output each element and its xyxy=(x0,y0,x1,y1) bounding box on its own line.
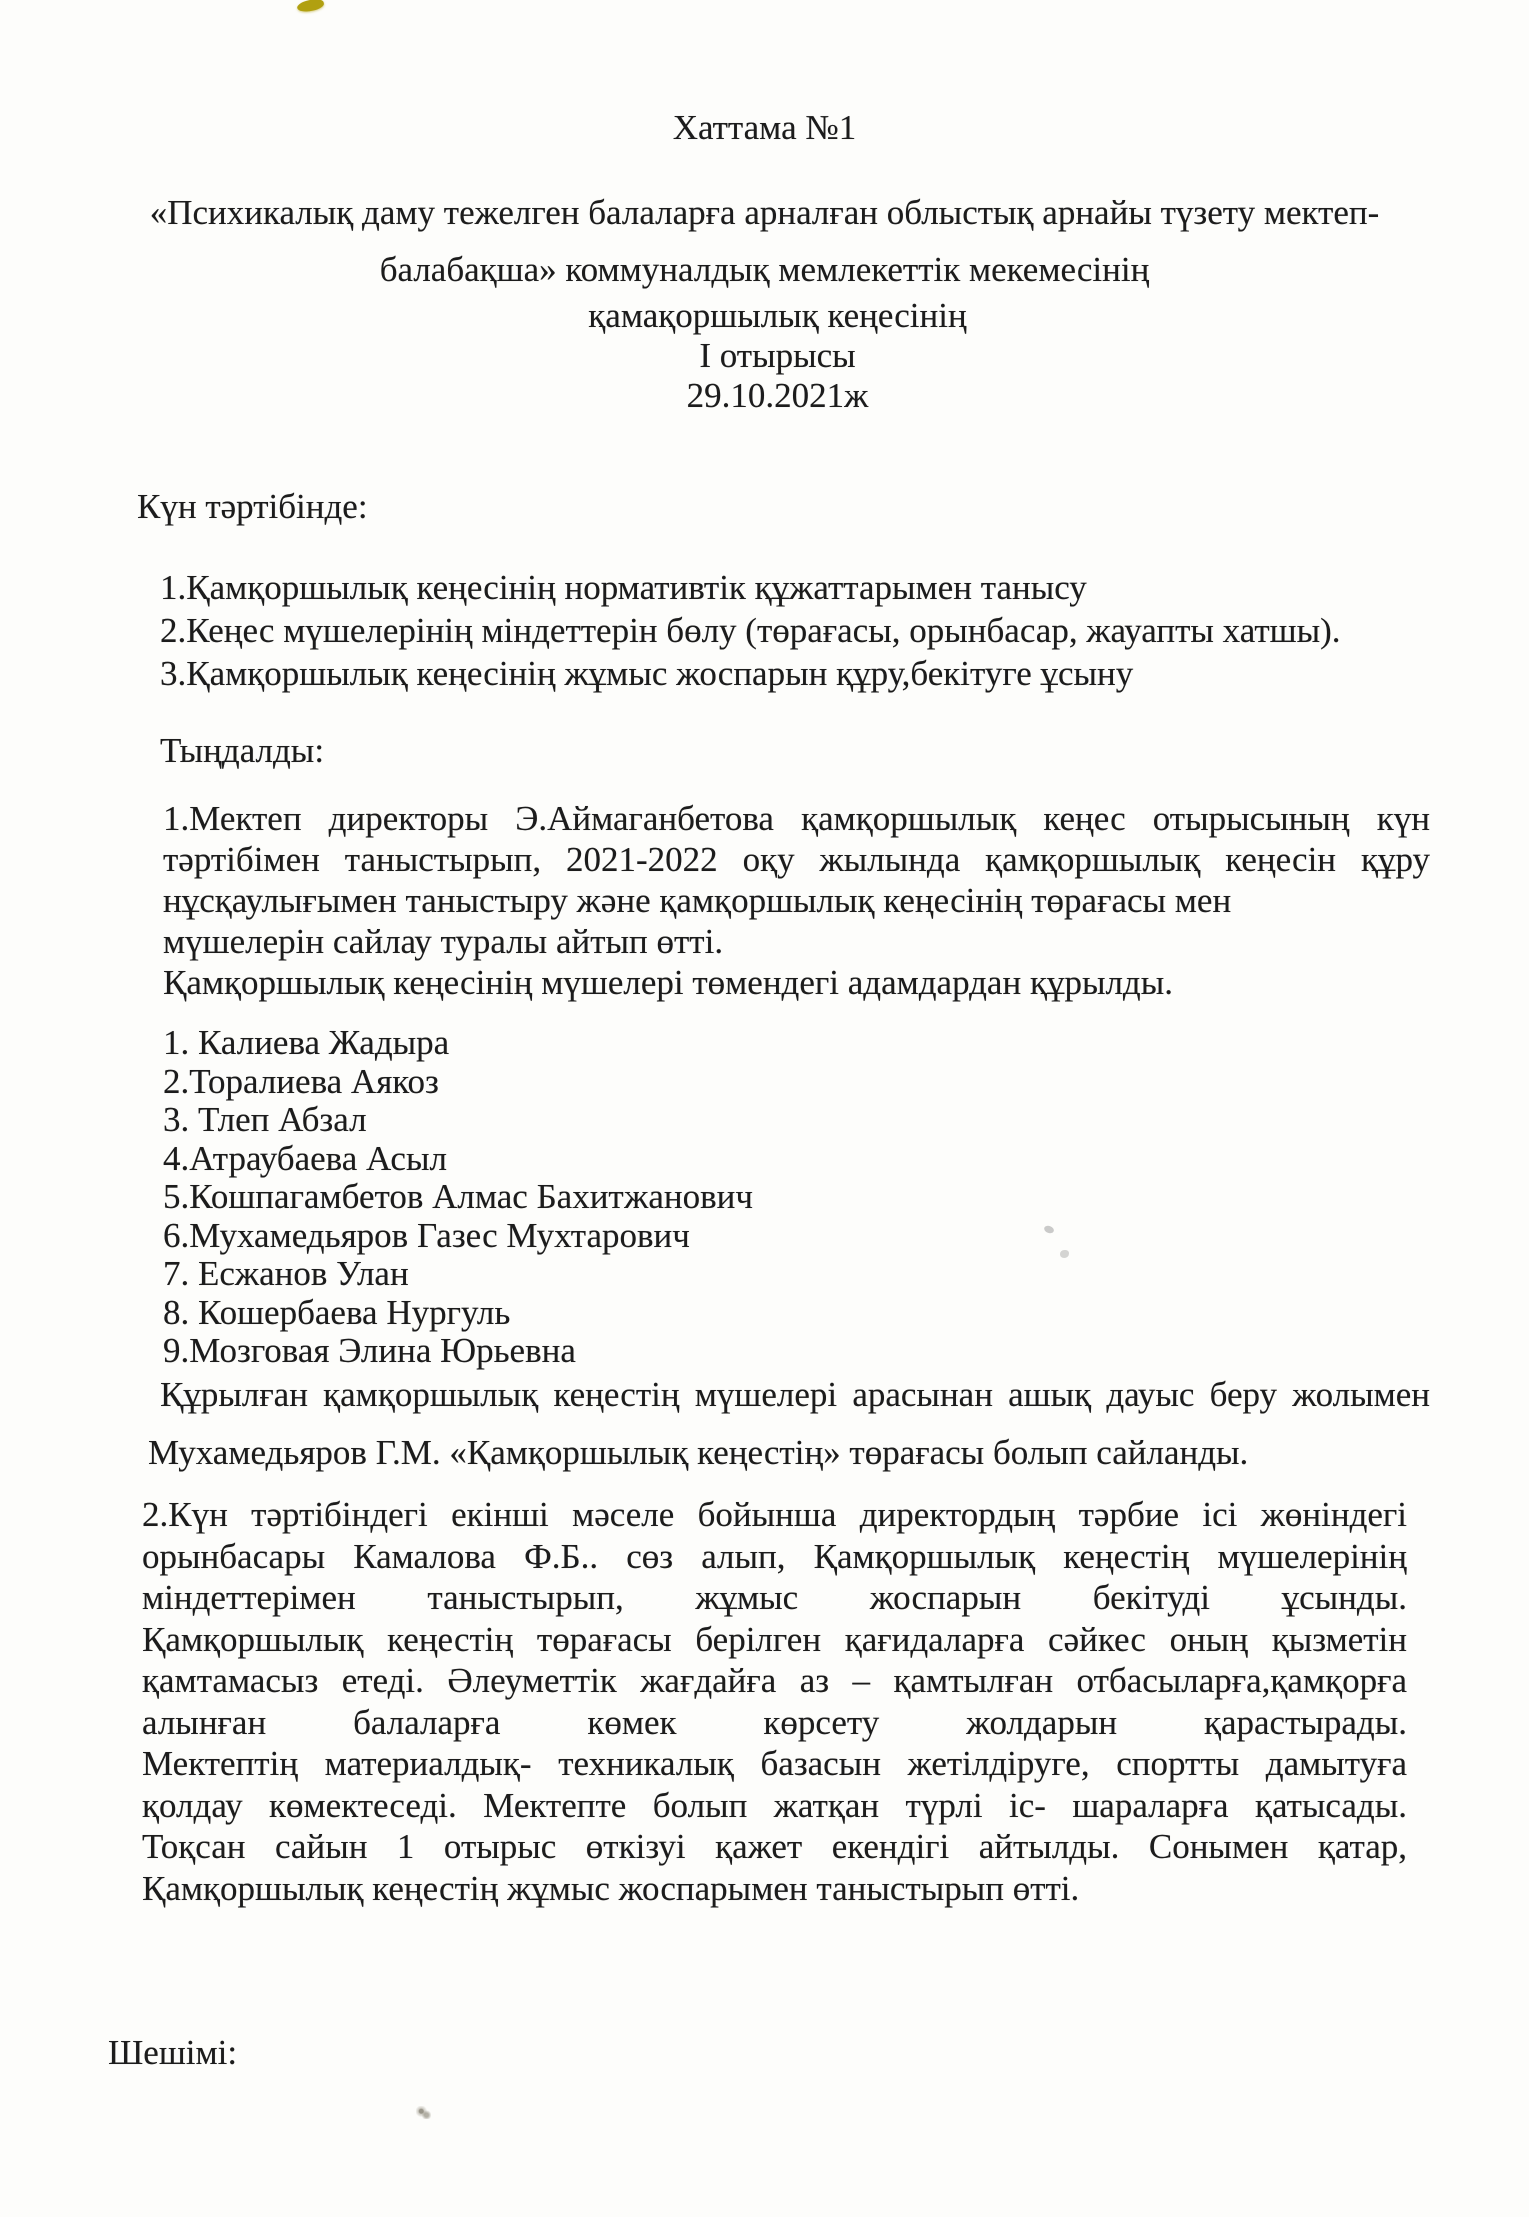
document-subheader: қамақоршылық кеңесінің I отырысы 29.10.2… xyxy=(13,296,1529,416)
election-statement-line1: Құрылған қамқоршылық кеңестің мүшелері а… xyxy=(160,1374,1430,1415)
member-item-7: 7. Есжанов Улан xyxy=(163,1255,1430,1294)
second-question-line6: алынған балаларға көмек көрсету жолдарын… xyxy=(142,1702,1407,1744)
second-question-line4: Қамқоршылық кеңестің төрағасы берілген қ… xyxy=(142,1619,1407,1661)
listened-paragraph-line5: Қамқоршылық кеңесінің мүшелері төмендегі… xyxy=(163,962,1430,1003)
second-question-line7: Мектептің материалдық- техникалық базасы… xyxy=(142,1743,1407,1785)
second-question-line5: қамтамасыз етеді. Әлеуметтік жағдайға аз… xyxy=(142,1660,1407,1702)
member-item-5: 5.Кошпагамбетов Алмас Бахитжанович xyxy=(163,1178,1430,1217)
second-question-line9: Тоқсан сайын 1 отырыс өткізуі қажет екен… xyxy=(142,1826,1407,1868)
session-line: I отырысы xyxy=(13,336,1529,376)
listened-paragraph: 1.Мектеп директоры Э.Аймаганбетова қамқо… xyxy=(163,798,1430,1003)
agenda-list: 1.Қамқоршылық кеңесінің нормативтік құжа… xyxy=(160,566,1430,695)
second-question-line8: қолдау көмектеседі. Мектепте болып жатқа… xyxy=(142,1785,1407,1827)
second-question-line3: міндеттерімен таныстырып, жұмыс жоспарын… xyxy=(142,1577,1407,1619)
council-line: қамақоршылық кеңесінің xyxy=(13,296,1529,336)
decision-heading: Шешімі: xyxy=(108,2032,237,2074)
member-item-2: 2.Торалиева Аякоз xyxy=(163,1063,1430,1102)
scanned-protocol-document: Хаттама №1 «Психикалық даму тежелген бал… xyxy=(0,0,1529,2217)
member-item-3: 3. Тлеп Абзал xyxy=(163,1101,1430,1140)
listened-heading: Тыңдалды: xyxy=(160,730,324,772)
organization-name-line1: «Психикалық даму тежелген балаларға арна… xyxy=(0,184,1529,241)
scan-artifact-yellow-speck xyxy=(296,0,325,14)
listened-paragraph-line2: тәртібімен таныстырып, 2021-2022 оқу жыл… xyxy=(163,839,1430,880)
date-line: 29.10.2021ж xyxy=(13,376,1529,416)
second-question-line10: Қамқоршылық кеңестің жұмыс жоспарымен та… xyxy=(142,1868,1407,1910)
document-title: Хаттама №1 xyxy=(0,106,1529,150)
agenda-item-3: 3.Қамқоршылық кеңесінің жұмыс жоспарын қ… xyxy=(160,652,1430,695)
agenda-item-1: 1.Қамқоршылық кеңесінің нормативтік құжа… xyxy=(160,566,1430,609)
second-question-line2: орынбасары Камалова Ф.Б.. сөз алып, Қамқ… xyxy=(142,1536,1407,1578)
organization-name: «Психикалық даму тежелген балаларға арна… xyxy=(0,184,1529,298)
member-item-6: 6.Мухамедьяров Газес Мухтарович xyxy=(163,1217,1430,1256)
member-item-8: 8. Кошербаева Нургуль xyxy=(163,1294,1430,1333)
agenda-heading: Күн тәртібінде: xyxy=(137,486,368,528)
election-statement-line1-text: Құрылған қамқоршылық кеңестің мүшелері а… xyxy=(160,1374,1430,1415)
listened-paragraph-line1: 1.Мектеп директоры Э.Аймаганбетова қамқо… xyxy=(163,798,1430,839)
election-statement-line2: Мухамедьяров Г.М. «Қамқоршылық кеңестің»… xyxy=(148,1432,1430,1473)
organization-name-line2: балабақша» коммуналдық мемлекеттік мекем… xyxy=(0,241,1529,298)
listened-paragraph-line4: мүшелерін сайлау туралы айтып өтті. xyxy=(163,921,1430,962)
member-item-4: 4.Атраубаева Асыл xyxy=(163,1140,1430,1179)
member-item-1: 1. Калиева Жадыра xyxy=(163,1024,1430,1063)
listened-paragraph-line3: нұсқаулығымен таныстыру және қамқоршылық… xyxy=(163,880,1430,921)
scan-artifact-pencil-speck xyxy=(416,2106,431,2119)
second-question-paragraph: 2.Күн тәртібіндегі екінші мәселе бойынша… xyxy=(142,1494,1407,1909)
member-item-9: 9.Мозговая Элина Юрьевна xyxy=(163,1332,1430,1371)
council-members-list: 1. Калиева Жадыра 2.Торалиева Аякоз 3. Т… xyxy=(163,1024,1430,1371)
second-question-line1: 2.Күн тәртібіндегі екінші мәселе бойынша… xyxy=(142,1494,1407,1536)
agenda-item-2: 2.Кеңес мүшелерінің міндеттерін бөлу (тө… xyxy=(160,609,1430,652)
